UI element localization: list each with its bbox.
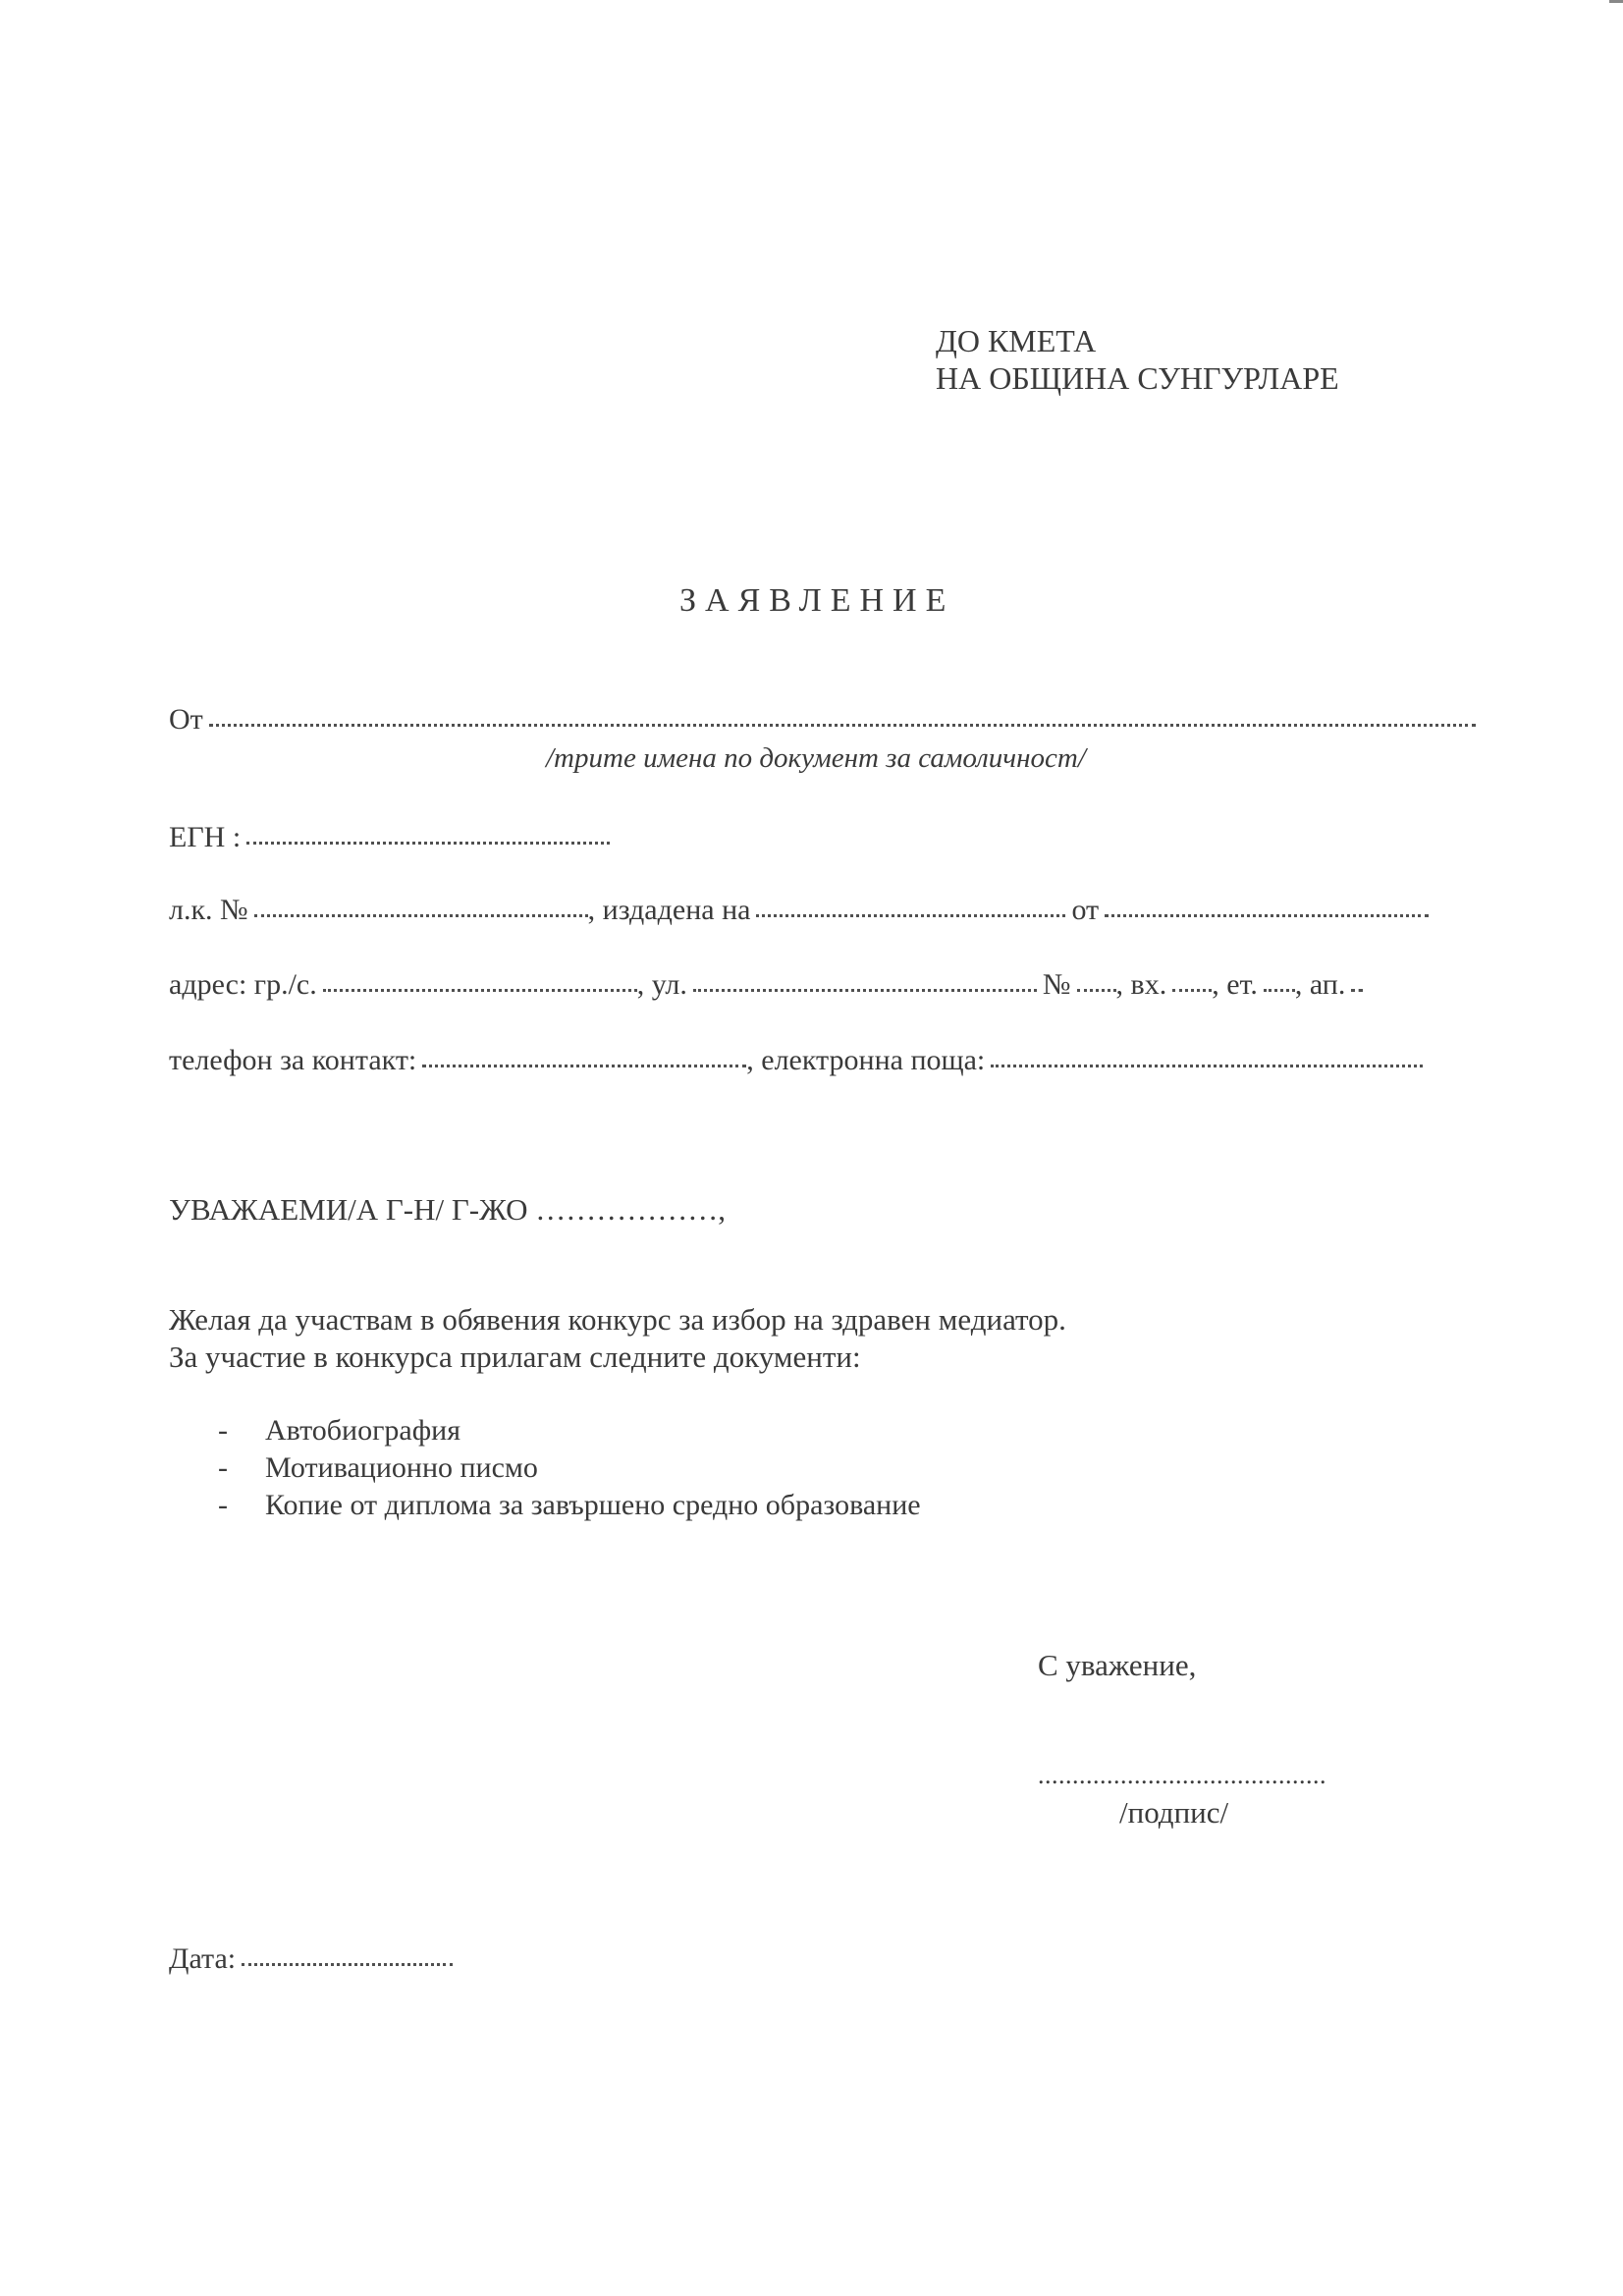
egn-field[interactable] [246, 842, 610, 845]
date-row: Дата: [169, 1942, 459, 1982]
egn-row: ЕГН : [169, 821, 616, 860]
document-title: ЗАЯВЛЕНИЕ [679, 583, 954, 619]
apartment-label: , ап. [1295, 968, 1345, 1002]
street-field[interactable] [693, 989, 1037, 992]
signature-field[interactable]: ........................................… [1038, 1758, 1326, 1793]
apartment-field[interactable] [1351, 989, 1363, 992]
egn-label: ЕГН : [169, 821, 241, 854]
body-line-1: Желая да участвам в обявения конкурс за … [169, 1302, 1066, 1338]
issued-by-label: от [1071, 894, 1099, 927]
number-label: № [1043, 968, 1071, 1002]
floor-field[interactable] [1264, 989, 1295, 992]
salutation: УВАЖАЕМИ/А Г-Н/ Г-ЖО ………………, [169, 1192, 726, 1228]
date-field[interactable] [242, 1963, 453, 1966]
issued-on-field[interactable] [756, 914, 1065, 917]
id-card-number-field[interactable] [254, 914, 588, 917]
attachment-bullet: - [218, 1451, 228, 1485]
body-line-2: За участие в конкурса прилагам следните … [169, 1339, 861, 1375]
email-label: , електронна поща: [746, 1044, 985, 1077]
address-label: адрес: гр./с. [169, 968, 317, 1002]
attachment-item: Копие от диплома за завършено средно обр… [265, 1489, 921, 1522]
contact-row: телефон за контакт: , електронна поща: [169, 1044, 1429, 1083]
attachment-bullet: - [218, 1489, 228, 1522]
id-card-label: л.к. № [169, 894, 248, 927]
from-caption: /трите имена по документ за самоличност/ [546, 740, 1086, 776]
from-row: От [169, 703, 1482, 742]
closing: С уважение, [1038, 1648, 1196, 1683]
phone-label: телефон за контакт: [169, 1044, 416, 1077]
from-name-field[interactable] [209, 724, 1476, 727]
attachment-bullet: - [218, 1414, 228, 1448]
city-field[interactable] [323, 989, 637, 992]
floor-label: , ет. [1212, 968, 1258, 1002]
from-label: От [169, 703, 203, 737]
addressee-block: ДО КМЕТА НА ОБЩИНА СУНГУРЛАРЕ [936, 322, 1339, 397]
address-row: адрес: гр./с. , ул. № , вх. , ет. , ап. [169, 968, 1369, 1008]
id-card-row: л.к. № , издадена на от [169, 894, 1434, 933]
scan-edge-mark [1609, 0, 1623, 3]
date-label: Дата: [169, 1942, 236, 1976]
street-label: , ул. [637, 968, 687, 1002]
attachment-item: Автобиография [265, 1414, 460, 1448]
issued-by-field[interactable] [1105, 914, 1429, 917]
phone-field[interactable] [422, 1065, 746, 1067]
entrance-label: , вх. [1116, 968, 1167, 1002]
issued-on-label: , издадена на [588, 894, 751, 927]
number-field[interactable] [1077, 989, 1116, 992]
email-field[interactable] [991, 1065, 1423, 1067]
entrance-field[interactable] [1172, 989, 1212, 992]
addressee-line-1: ДО КМЕТА [936, 322, 1339, 359]
addressee-line-2: НА ОБЩИНА СУНГУРЛАРЕ [936, 359, 1339, 397]
signature-label: /подпис/ [1119, 1795, 1228, 1831]
attachment-item: Мотивационно писмо [265, 1451, 538, 1485]
